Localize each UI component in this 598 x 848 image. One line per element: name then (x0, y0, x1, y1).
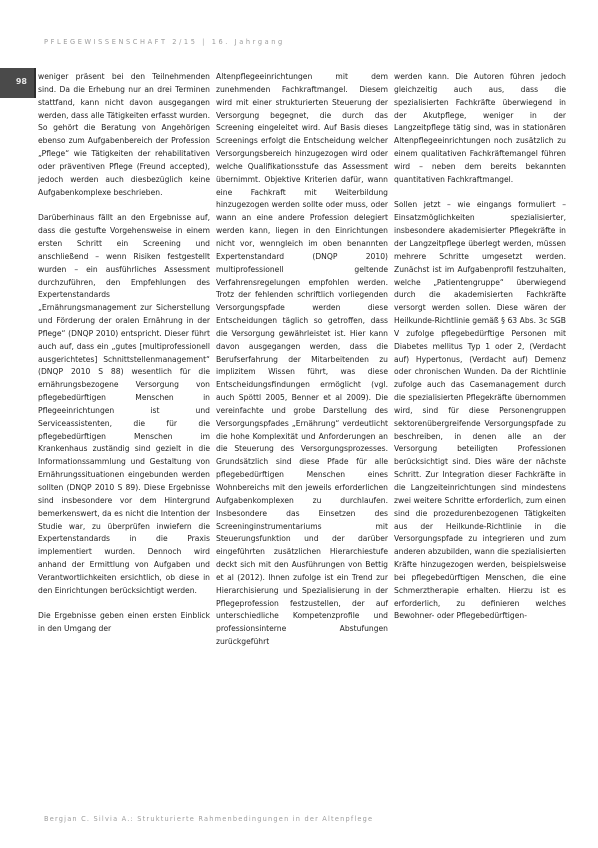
paragraph: Die Ergebnisse geben einen ersten Einbli… (38, 610, 210, 636)
paragraph: Altenpflegeeinrichtungen mit dem zunehme… (216, 71, 388, 649)
paragraph: Sollen jetzt – wie eingangs formuliert –… (394, 199, 566, 623)
text-column-2: Altenpflegeeinrichtungen mit dem zunehme… (216, 71, 388, 662)
text-column-1: weniger präsent bei den Teilnehmenden si… (38, 71, 210, 649)
paragraph: Darüberhinaus fällt an den Ergebnisse au… (38, 212, 210, 597)
paragraph: werden kann. Die Autoren führen jedoch g… (394, 71, 566, 187)
running-footer: Bergjan C. Silvia A.: Strukturierte Rahm… (44, 815, 373, 823)
page-number: 98 (16, 77, 27, 86)
running-header: PFLEGEWISSENSCHAFT 2/15 | 16. Jahrgang (44, 38, 285, 46)
paragraph: weniger präsent bei den Teilnehmenden si… (38, 71, 210, 199)
page-number-tab: 98 (0, 68, 36, 98)
text-column-3: werden kann. Die Autoren führen jedoch g… (394, 71, 566, 636)
